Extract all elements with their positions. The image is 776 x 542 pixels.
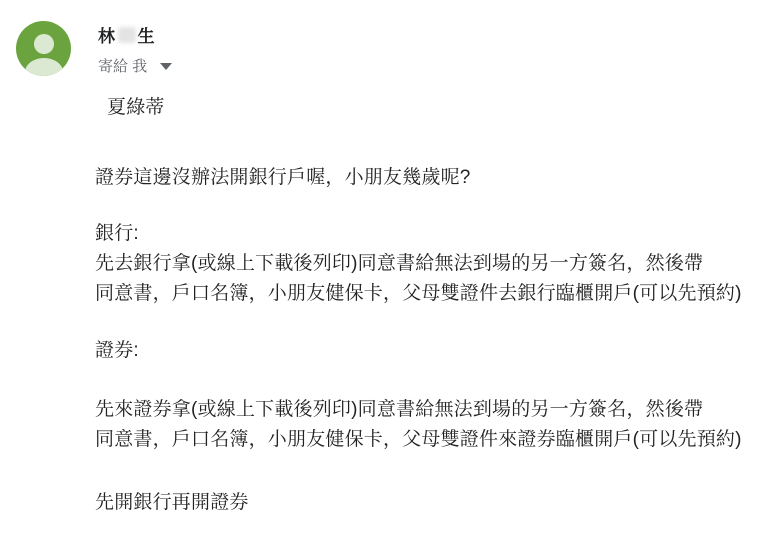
email-view: 林 生 寄給 我 夏綠蒂 證券這邊沒辦法開銀行戶喔，小朋友幾歲呢? 銀行: 先去… bbox=[0, 0, 776, 542]
sender-name-prefix: 林 bbox=[98, 22, 116, 47]
person-icon-head bbox=[34, 34, 54, 54]
email-body: 夏綠蒂 證券這邊沒辦法開銀行戶喔，小朋友幾歲呢? 銀行: 先去銀行拿(或線上下載… bbox=[95, 93, 755, 518]
body-line-intro: 證券這邊沒辦法開銀行戶喔，小朋友幾歲呢? bbox=[95, 163, 755, 193]
to-label: 寄給 我 bbox=[98, 55, 147, 76]
avatar[interactable] bbox=[16, 21, 71, 76]
body-line-greeting: 夏綠蒂 bbox=[107, 93, 755, 123]
body-line-closing: 先開銀行再開證券 bbox=[95, 488, 755, 518]
body-line-bank-1: 先去銀行拿(或線上下載後列印)同意書給無法到場的另一方簽名，然後帶 bbox=[95, 249, 755, 279]
person-icon bbox=[16, 21, 71, 76]
body-line-securities-1: 先來證券拿(或線上下載後列印)同意書給無法到場的另一方簽名，然後帶 bbox=[95, 395, 755, 425]
body-line-securities-heading: 證券: bbox=[95, 336, 755, 366]
body-line-bank-heading: 銀行: bbox=[95, 219, 755, 249]
person-icon-torso bbox=[25, 58, 63, 76]
redacted-name-blur bbox=[118, 27, 136, 43]
recipient-dropdown[interactable]: 寄給 我 bbox=[98, 55, 172, 76]
body-line-securities-2: 同意書，戶口名簿，小朋友健保卡，父母雙證件來證券臨櫃開戶(可以先預約) bbox=[95, 425, 755, 455]
caret-down-icon[interactable] bbox=[160, 63, 172, 70]
body-line-bank-2: 同意書，戶口名簿，小朋友健保卡，父母雙證件去銀行臨櫃開戶(可以先預約) bbox=[95, 279, 755, 309]
sender-name[interactable]: 林 生 bbox=[98, 22, 155, 47]
sender-name-suffix: 生 bbox=[138, 22, 156, 47]
